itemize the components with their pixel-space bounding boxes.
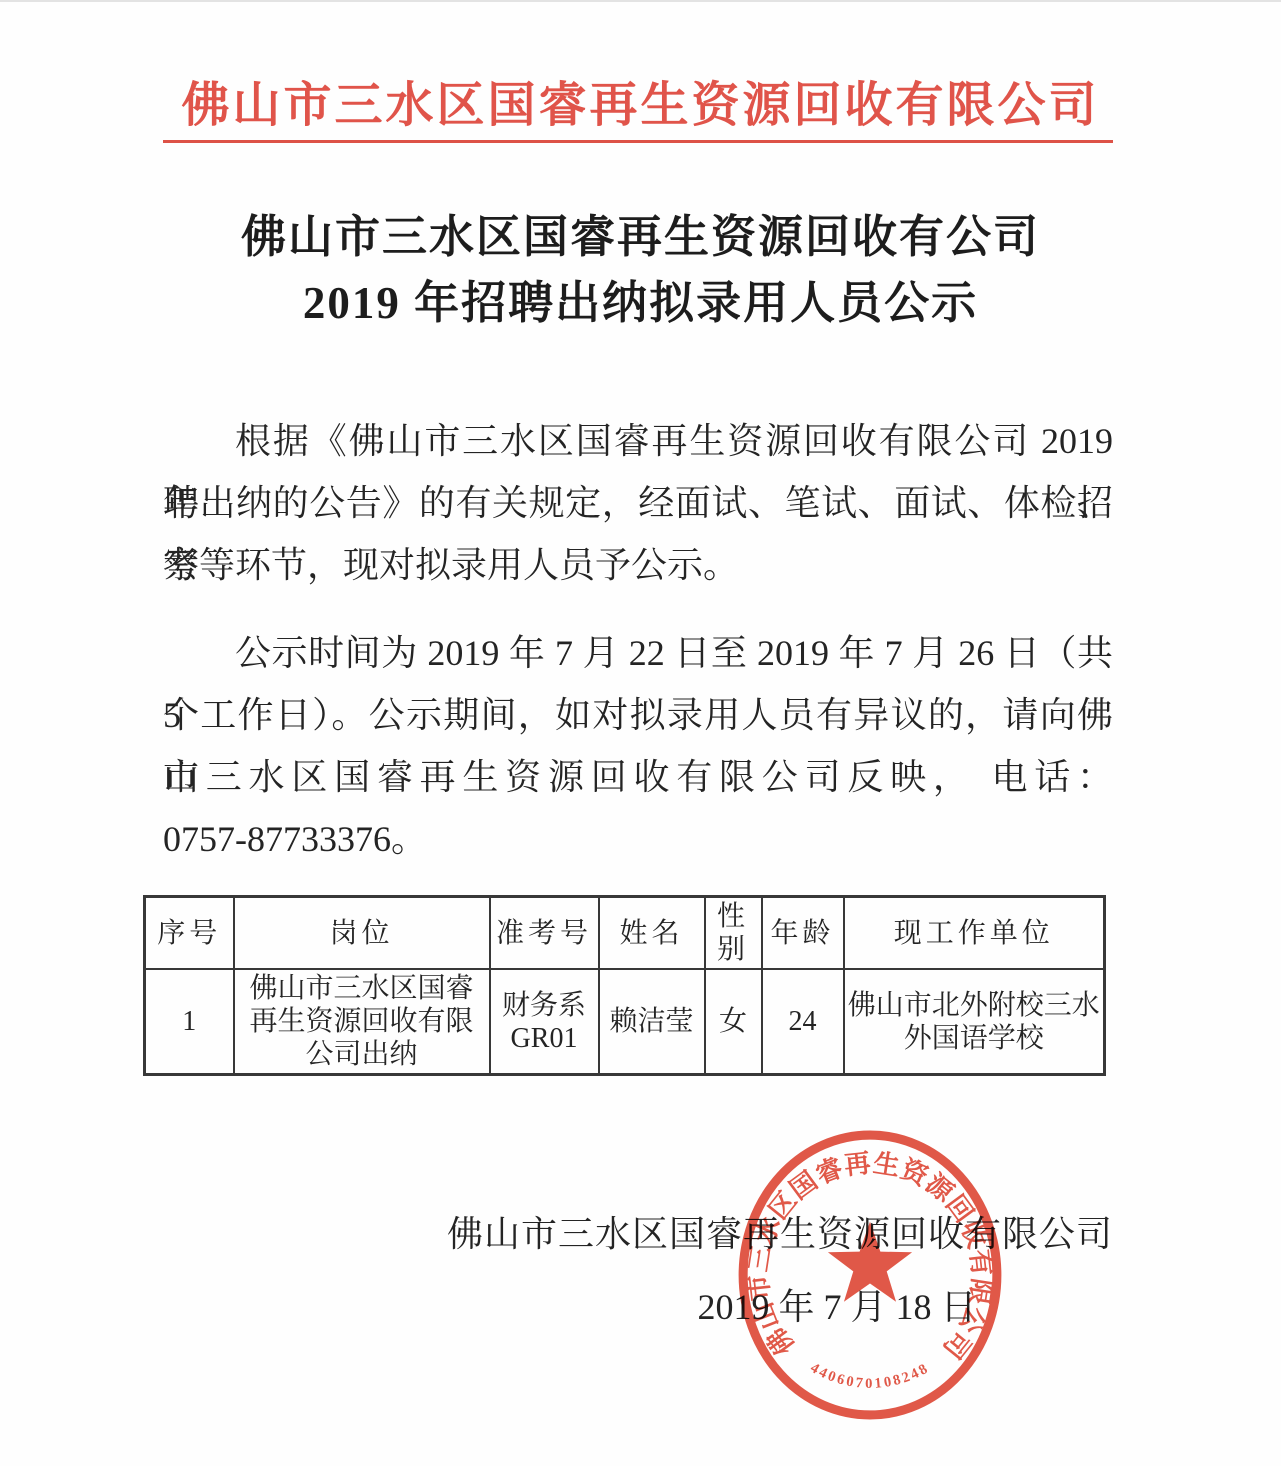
document-title-line1: 佛山市三水区国睿再生资源回收有公司 <box>0 204 1281 270</box>
document-title: 佛山市三水区国睿再生资源回收有公司 2019 年招聘出纳拟录用人员公示 <box>0 204 1281 336</box>
paragraph-line: 个工作日）。公示期间，如对拟录用人员有异议的，请向佛山 <box>163 684 1113 746</box>
star-icon <box>828 1222 912 1302</box>
cell-serial: 1 <box>145 969 234 1075</box>
cell-age: 24 <box>762 969 844 1075</box>
cell-exam-number: 财务系GR01 <box>490 969 599 1075</box>
paragraph-recruitment-basis: 根据《佛山市三水区国睿再生资源回收有限公司 2019 年招 聘出纳的公告》的有关… <box>163 410 1113 596</box>
letterhead-company-name: 佛山市三水区国睿再生资源回收有限公司 <box>0 66 1281 135</box>
paragraph-publicity-period: 公示时间为 2019 年 7 月 22 日至 2019 年 7 月 26 日（共… <box>163 622 1113 870</box>
seal-number: 4406070108248 <box>807 1360 932 1392</box>
col-header-gender: 性别 <box>705 897 762 970</box>
company-seal-stamp: 佛山市三水区国睿再生资源回收有限公司 4406070108248 <box>734 1128 1006 1422</box>
cell-gender: 女 <box>705 969 762 1075</box>
col-header-current-employer: 现工作单位 <box>844 897 1105 970</box>
candidate-table: 序号 岗位 准考号 姓名 性别 年龄 现工作单位 1 佛山市三水区国睿再生资源回… <box>143 895 1106 1076</box>
paragraph-line: 市三水区国睿再生资源回收有限公司反映， 电话： <box>163 746 1113 808</box>
col-header-age: 年龄 <box>762 897 844 970</box>
document-title-line2: 2019 年招聘出纳拟录用人员公示 <box>0 270 1281 336</box>
paragraph-line: 根据《佛山市三水区国睿再生资源回收有限公司 2019 年招 <box>163 410 1113 472</box>
col-header-name: 姓名 <box>599 897 705 970</box>
table-header-row: 序号 岗位 准考号 姓名 性别 年龄 现工作单位 <box>145 897 1105 970</box>
col-header-serial: 序号 <box>145 897 234 970</box>
cell-position: 佛山市三水区国睿再生资源回收有限公司出纳 <box>234 969 490 1075</box>
phone-number-line: 0757-87733376。 <box>163 808 1113 870</box>
col-header-exam-number: 准考号 <box>490 897 599 970</box>
cell-name: 赖洁莹 <box>599 969 705 1075</box>
paragraph-line: 聘出纳的公告》的有关规定，经面试、笔试、面试、体检、考 <box>163 472 1113 534</box>
cell-current-employer: 佛山市北外附校三水外国语学校 <box>844 969 1105 1075</box>
col-header-position: 岗位 <box>234 897 490 970</box>
document-page: 佛山市三水区国睿再生资源回收有限公司 佛山市三水区国睿再生资源回收有公司 201… <box>0 0 1281 1466</box>
paragraph-line: 公示时间为 2019 年 7 月 22 日至 2019 年 7 月 26 日（共… <box>163 622 1113 684</box>
paragraph-line: 察等环节，现对拟录用人员予公示。 <box>163 534 1113 596</box>
letterhead-divider <box>163 140 1113 143</box>
table-row: 1 佛山市三水区国睿再生资源回收有限公司出纳 财务系GR01 赖洁莹 女 24 … <box>145 969 1105 1075</box>
